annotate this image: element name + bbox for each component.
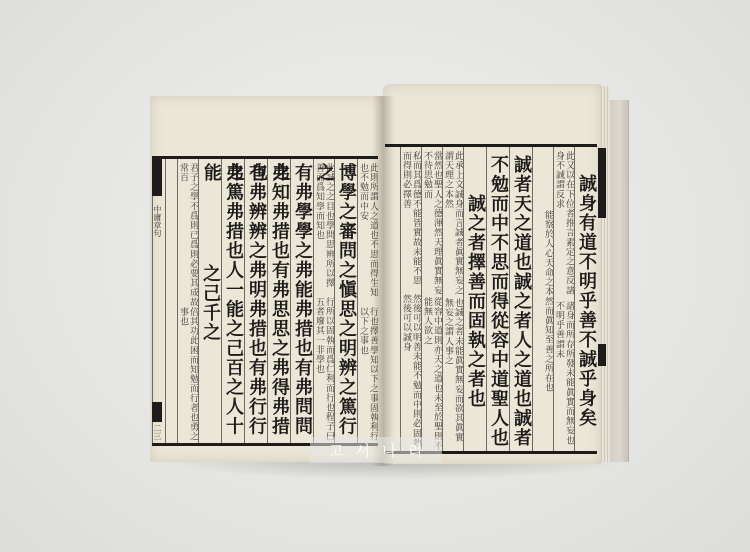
main-text-column: 有弗辨辨之弗明弗措也有弗行行之 [244, 159, 267, 443]
commentary-line: 此又以在下位者推言素定之意反諸身不誠謂反求 [554, 151, 574, 301]
main-text-column: 之己千之 [198, 159, 221, 443]
main-text-column: 不勉而中不思而得從容中道聖人也 [486, 147, 509, 451]
commentary-line: 從容中道則亦天之道也未至於聖則不能無人欲之 [422, 297, 442, 451]
main-text-column: 弗篤弗措也人一能之己百之人十能 [221, 159, 244, 443]
fish-tail-mark [152, 402, 162, 422]
main-text-column: 有弗學學之弗能弗措也有弗問問之 [290, 159, 313, 443]
commentary-column: 此承上文誠身而言誠者眞實無妄之謂天理之本然 也誠之者未能眞實無妄而欲其眞實無妄之… [442, 147, 463, 451]
commentary-line: 此誠之之目也學問思辨所以擇善而爲知學而知也 [314, 163, 334, 297]
right-page-text-frame: 誠身有道不明乎善不誠乎身矣 此又以在下位者推言素定之意反諸身不誠謂反求 諸身而所… [385, 144, 597, 454]
main-text-column: 誠之者擇善而固執之者也 [463, 147, 486, 451]
commentary-line: 此承上文誠身而言誠者眞實無妄之謂天理之本然 [443, 151, 463, 298]
blank-column [152, 159, 165, 443]
commentary-line: 行也擇善學知以下之事固執利行以下之事也 [358, 307, 378, 443]
fish-tail-mark [152, 156, 162, 196]
commentary-column: 此又以在下位者推言素定之意反諸身不誠謂反求 諸身而所存所發未能眞實而無妄也不明乎… [553, 147, 574, 451]
commentary-line: 君子之學不爲則已爲則必要其成故常百 [178, 163, 198, 307]
commentary-column: 君子之學不爲則已爲則必要其成故常百 倍其功此困而知勉而行者也勇之事也 [177, 159, 198, 443]
commentary-line: 能察於人心天命之本然 [533, 210, 553, 306]
commentary-line: 行所以固執而爲仁利而行也程子曰五者廢其一非學也 [314, 297, 334, 443]
commentary-line: 而眞知至善之所在也 [533, 306, 553, 392]
main-text-column: 博學之審問之愼思之明辨之篤行之 [334, 159, 357, 443]
commentary-column: 此則所謂人之道也不思而得生知也不勉而中安 行也擇善學知以下之事固執利行以下之事也 [357, 159, 378, 443]
commentary-column: 此誠之之目也學問思辨所以擇善而爲知學而知也 行所以固執而爲仁利而行也程子曰五者廢… [313, 159, 334, 443]
commentary-line: 倍其功此困而知勉而行者也勇之事也 [178, 307, 198, 443]
book-photograph: 此則所謂人之道也不思而得生知也不勉而中安 行也擇善學知以下之事固執利行以下之事也… [0, 0, 750, 552]
main-text-column: 誠者天之道也誠之者人之道也誠者 [509, 147, 532, 451]
fish-tail-mark [598, 344, 606, 366]
commentary-line: 此則所謂人之道也不思而得生知也不勉而中安 [358, 163, 378, 307]
watermark: 고서나라 [310, 437, 442, 463]
commentary-line: 私而其爲德不能皆實故未能不思而得則必擇善 [401, 151, 421, 294]
commentary-column: 私而其爲德不能皆實故未能不思而得則必擇善 然後可以明善未能不勉而中則必固執然後可… [400, 147, 421, 451]
commentary-column: 當然也聖人之德渾然天理眞實無妄不待思勉而 從容中道則亦天之道也未至於聖則不能無人… [421, 147, 442, 451]
commentary-line: 然後可以明善未能不勉而中則必固執然後可以誠身 [401, 294, 421, 451]
commentary-line: 當然也聖人之德渾然天理眞實無妄不待思勉而 [422, 151, 442, 297]
page-number: 二三 [153, 424, 162, 440]
commentary-line: 諸身而所存所發未能眞實而無妄也不明乎善謂未 [554, 301, 574, 451]
left-page-text-frame: 此則所謂人之道也不思而得生知也不勉而中安 行也擇善學知以下之事固執利行以下之事也… [152, 156, 378, 446]
blank-column [165, 159, 178, 443]
margin-title: 中庸章句 [153, 205, 162, 237]
commentary-line: 也誠之者未能眞實無妄而欲其眞實無妄之謂人事之 [443, 298, 463, 451]
main-text-column: 誠身有道不明乎善不誠乎身矣 [574, 147, 597, 451]
main-text-column: 弗知弗措也有弗思思之弗得弗措也 [267, 159, 290, 443]
commentary-column: 能察於人心天命之本然 而眞知至善之所在也 [532, 147, 553, 451]
fish-tail-mark [598, 148, 606, 218]
